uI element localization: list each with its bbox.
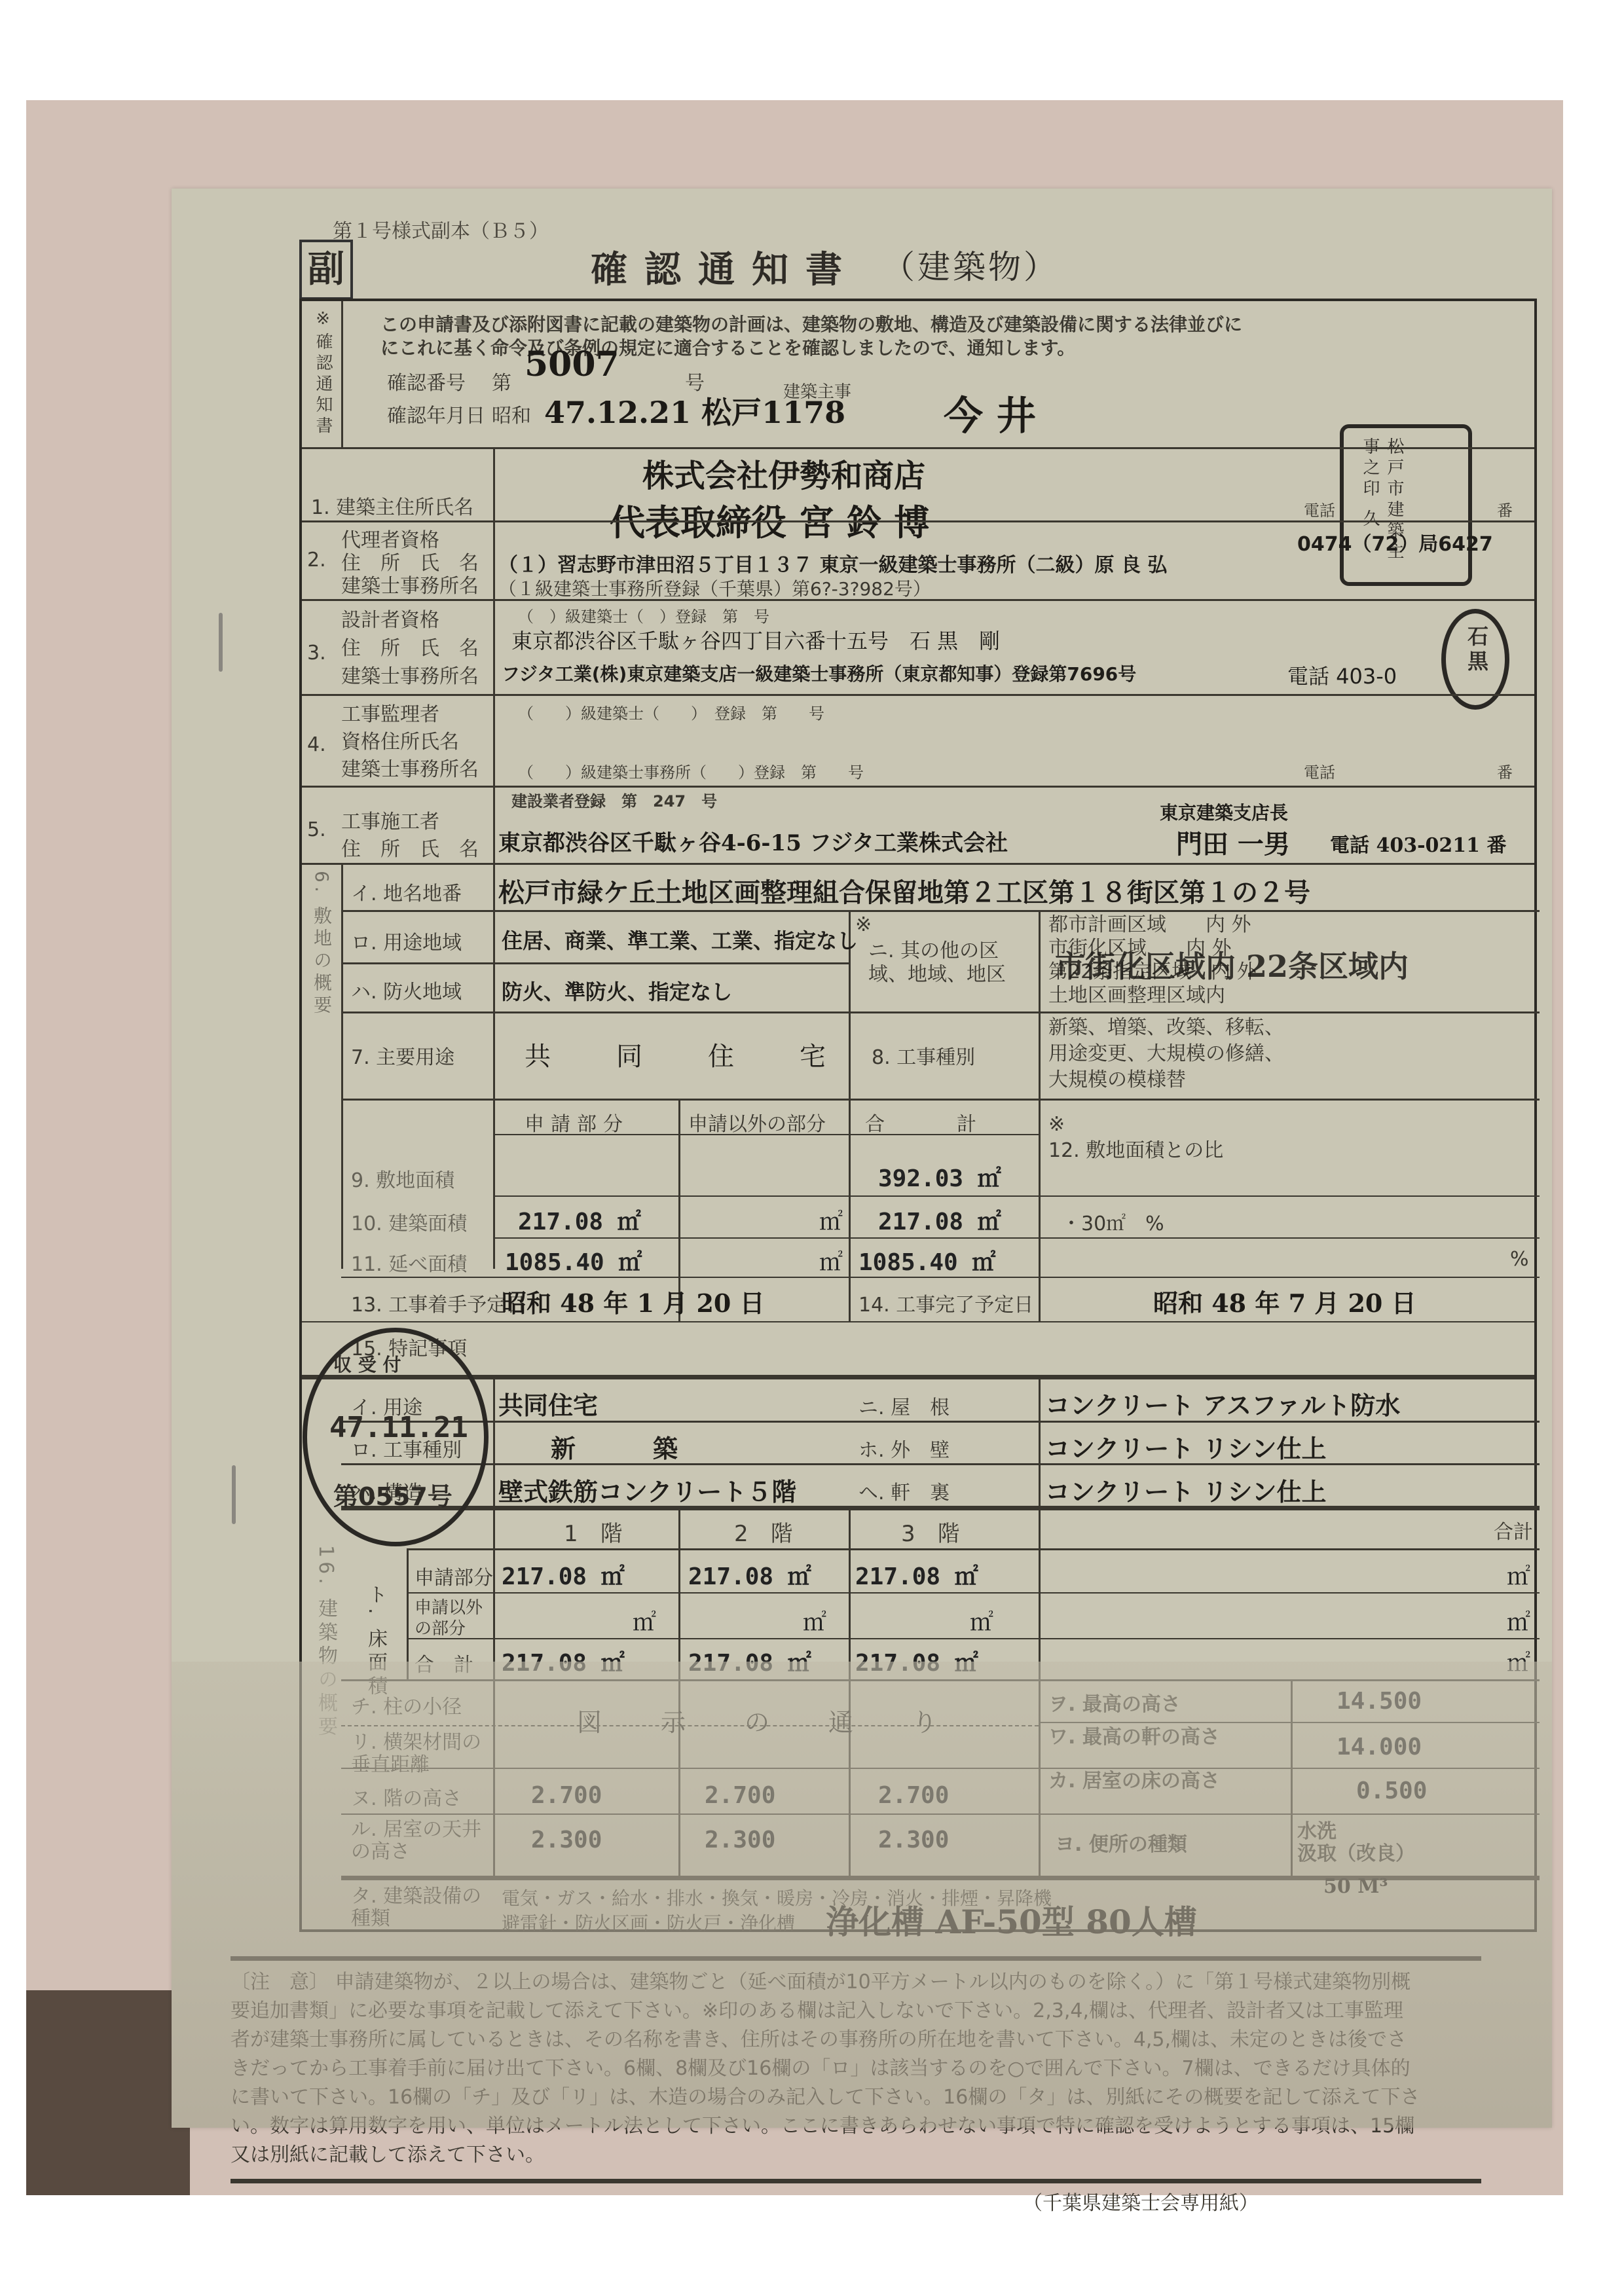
bldg-ta-printed-2: 避雷針・防火区画・防火戸・浄化槽: [502, 1909, 795, 1935]
floor-row-label: 申請部分: [415, 1561, 493, 1590]
building-area-applied: 217.08 ㎡: [518, 1203, 641, 1237]
s3-line1: （ ）級建築士（ ）登録 第 号: [518, 604, 769, 627]
floor-1-applied: 217.08 ㎡: [502, 1558, 625, 1592]
s5-registration: 建設業者登録 第 247 号: [511, 788, 717, 811]
floor-1-height: 2.700: [531, 1782, 602, 1809]
s4-line1: （ ）級建築士（ ） 登録 第 号: [518, 701, 824, 723]
s3-line2: 東京都渋谷区千駄ヶ谷四丁目六番十五号 石 黒 剛: [511, 625, 1000, 655]
floor-3-height: 2.700: [878, 1782, 949, 1809]
floor-3-ceiling: 2.300: [878, 1827, 949, 1853]
floor-area-label: ト. 床面積: [361, 1584, 390, 1699]
building-area-other: ㎡: [819, 1203, 843, 1237]
s6-side-label: 6. 敷地の概要: [308, 871, 335, 1017]
end-date-label: 14. 工事完了予定日: [858, 1288, 1033, 1317]
end-date-value: 昭和 48 年 7 月 20 日: [1153, 1283, 1416, 1319]
s8-label: 8. 工事種別: [872, 1041, 975, 1070]
bldg-wo-label: ヲ. 最高の高さ: [1048, 1688, 1181, 1717]
notice-side-label: ※確認通知書: [311, 309, 335, 437]
floor-3-header: 3 階: [901, 1516, 960, 1548]
floor-row-label: 申請以外の部分: [415, 1597, 493, 1639]
floor-row-label: 合 計: [415, 1649, 473, 1677]
floor-2-height: 2.700: [705, 1782, 775, 1809]
floor-2-other: ㎡: [803, 1604, 826, 1637]
bldg-ta-note: 50 M³: [1323, 1875, 1388, 1898]
s4-label-3: 建築士事務所名: [341, 753, 479, 782]
confirmation-number-value: 5007: [525, 344, 619, 384]
s6-ro-label: ロ. 用途地域: [351, 926, 462, 955]
s6-i-label: イ. 地名地番: [351, 877, 462, 906]
s7-value: 共 同 住 宅: [525, 1036, 845, 1073]
bldg-ta-handwritten: 浄化槽 AF-50型 80人槽: [826, 1896, 1197, 1943]
s3-phone: 電話 403-0: [1287, 660, 1397, 690]
s6-ni-label: ニ. 其の他の区域、地域、地区: [868, 939, 1025, 987]
floor-2-header: 2 階: [734, 1516, 793, 1548]
area-row-label: 10. 建築面積: [351, 1207, 467, 1236]
bldg-wa-value: 14.000: [1337, 1734, 1422, 1760]
notes-heading: 〔注 意〕: [231, 1971, 329, 1994]
form-frame: ※確認通知書 この申請書及び添附図書に記載の建築物の計画は、建築物の敷地、構造及…: [299, 299, 1537, 1932]
building-area-total: 217.08 ㎡: [878, 1203, 1001, 1237]
start-date-label: 13. 工事着手予定日: [351, 1288, 526, 1317]
s4-label-1: 工事監理者: [341, 698, 439, 727]
floor-3-other: ㎡: [970, 1604, 993, 1637]
s4-line2: （ ）級建築士事務所（ ）登録 第 号: [518, 759, 864, 782]
form-id: 第１号様式副本（Ｂ５）: [333, 215, 549, 244]
areas-header-total: 合 計: [865, 1108, 1003, 1137]
floor-3-total: 217.08 ㎡: [855, 1645, 978, 1678]
areas-ratio-label: 12. 敷地面積との比: [1048, 1134, 1223, 1163]
areas-ratio-mark: ※: [1048, 1113, 1065, 1136]
square-seal-text: 松戸市建築主事之印 久: [1358, 437, 1407, 582]
total-floor-area-ratio: %: [1510, 1248, 1529, 1271]
floor-2-ceiling: 2.300: [705, 1827, 775, 1853]
s3-line3: フジタ工業(株)東京建築支店一級建築士事務所（東京都知事）登録第7696号: [502, 660, 1136, 686]
document-title: 確認通知書: [591, 241, 859, 293]
total-floor-area-applied: 1085.40 ㎡: [505, 1244, 642, 1277]
bldg-yo-label: ヨ. 便所の種類: [1055, 1828, 1187, 1857]
s6-ro-value: 住居、商業、準工業、工業、指定なし: [502, 924, 858, 955]
bldg-i-value: 共同住宅: [498, 1385, 598, 1421]
s6-ni-stamp: 市街化区域内 22条区域内: [1055, 943, 1409, 986]
bldg-ha-value: 壁式鉄筋コンクリート５階: [498, 1472, 796, 1508]
floor-total-other: ㎡: [1507, 1604, 1530, 1637]
notes-block: 〔注 意〕 申請建築物が、２以上の場合は、建築物ごと（延べ面積が10平方メートル…: [231, 1968, 1422, 2170]
bldg-wa-label: ワ. 最高の軒の高さ: [1048, 1727, 1278, 1748]
s8-value-1: 新築、増築、改築、移転、: [1048, 1015, 1284, 1041]
bldg-ru-label: ル. 居室の天井の高さ: [351, 1819, 495, 1863]
s6-i-value: 松戸市緑ケ丘土地区画整理組合保留地第２工区第１８街区第１の２号: [498, 872, 1310, 909]
hand-shadow: [26, 1990, 190, 2195]
round-stamp-top: 収 受 付: [333, 1351, 401, 1377]
bldg-ho-label: ホ. 外 壁: [858, 1434, 950, 1463]
bldg-ro-value: 新 築: [551, 1429, 704, 1465]
bldg-he-label: ヘ. 軒 裏: [858, 1476, 950, 1505]
document-title-sub: （建築物）: [882, 241, 1059, 288]
start-date-value: 昭和 48 年 1 月 20 日: [502, 1283, 765, 1319]
round-stamp-date: 47.11.21: [329, 1411, 468, 1444]
s5-label-2: 住 所 氏 名: [341, 833, 479, 862]
bldg-ka-label: カ. 居室の床の高さ: [1048, 1771, 1278, 1792]
confirmation-date-era: 昭和: [492, 399, 531, 428]
bldg-wo-value: 14.500: [1337, 1688, 1422, 1715]
s6-ha-label: ハ. 防火地域: [351, 975, 462, 1004]
s3-label-1: 設計者資格: [341, 604, 439, 632]
s1-phone-suffix: 番: [1497, 498, 1513, 520]
s4-phone-label: 電話: [1304, 759, 1335, 782]
s3-number: 3.: [307, 642, 326, 665]
notice-text-2: にこれに基く命令及び条例の規定に適合することを確認しましたので、通知します。: [380, 334, 1075, 360]
s8-value-3: 大規模の模様替: [1048, 1067, 1186, 1093]
floor-1-total: 217.08 ㎡: [502, 1645, 625, 1678]
floor-1-other: ㎡: [633, 1604, 656, 1637]
floor-total-header: 合計: [1494, 1516, 1533, 1544]
notice-text-1: この申請書及び添附図書に記載の建築物の計画は、建築物の敷地、構造及び建築設備に関…: [380, 310, 1242, 337]
s3-label-2: 住 所 氏 名: [341, 632, 479, 661]
footer-note: （千葉県建築士会専用紙）: [1023, 2187, 1259, 2215]
staple: [219, 613, 223, 672]
areas-header-other: 申請以外の部分: [688, 1108, 826, 1137]
site-area-total: 392.03 ㎡: [878, 1160, 1001, 1194]
building-area-ratio: ・30㎡ %: [1061, 1207, 1164, 1236]
s2-phone: 0474（72）局6427: [1297, 528, 1493, 556]
confirmation-number-prefix: 第: [492, 367, 511, 395]
total-floor-area-total: 1085.40 ㎡: [858, 1244, 995, 1277]
s7-label: 7. 主要用途: [351, 1041, 454, 1070]
s4-phone-suffix: 番: [1497, 759, 1513, 782]
confirmation-number-label: 確認番号: [387, 367, 466, 395]
confirmation-date-label: 確認年月日: [387, 399, 485, 428]
bldg-ho-value: コンクリート リシン仕上: [1045, 1429, 1327, 1465]
s4-label-2: 資格住所氏名: [341, 725, 459, 754]
s3-label-3: 建築士事務所名: [341, 660, 479, 689]
areas-header-applied: 申請部分: [525, 1108, 629, 1137]
bldg-ka-value: 0.500: [1356, 1777, 1427, 1804]
building-side-label: 16. 建築物の概要: [311, 1545, 340, 1740]
bldg-chi-ri-value: 図 示 の 通 り: [577, 1702, 954, 1738]
s5-address: 東京都渋谷区千駄ヶ谷4-6-15 フジタ工業株式会社: [498, 825, 1008, 857]
bldg-he-value: コンクリート リシン仕上: [1045, 1472, 1327, 1508]
s2-line1: （１）習志野市津田沼５丁目１３７ 東京一級建築士事務所（二級）原 良 弘: [498, 549, 1167, 577]
s6-ni-line-4: 土地区画整理区域内: [1048, 984, 1225, 1008]
s5-label-1: 工事施工者: [341, 805, 439, 834]
receipt-round-stamp: 収 受 付 47.11.21 第0557号: [303, 1328, 489, 1546]
bldg-ni-value: コンクリート アスファルト防水: [1045, 1385, 1400, 1421]
area-row-label: 11. 延べ面積: [351, 1248, 467, 1277]
s6-ni-line-1: 都市計画区域 内 外: [1048, 913, 1251, 937]
s1-phone-label: 電話: [1304, 498, 1335, 520]
bldg-ta-label: タ. 建築設備の種類: [351, 1886, 489, 1930]
s2-line2: （１級建築士事務所登録（千葉県）第6?-3?982号）: [498, 575, 931, 601]
notes-text: 申請建築物が、２以上の場合は、建築物ごと（延べ面積が10平方メートル以内のものを…: [231, 1971, 1420, 2166]
bldg-nu-label: ヌ. 階の高さ: [351, 1782, 462, 1811]
floor-3-applied: 217.08 ㎡: [855, 1558, 978, 1592]
s6-ni-mark: ※: [855, 913, 872, 936]
s5-title: 東京建築支店長: [1160, 799, 1288, 825]
bldg-yo-value-2: 汲取（改良）: [1297, 1837, 1415, 1866]
official-title: 建築主事: [783, 378, 851, 403]
floor-2-total: 217.08 ㎡: [688, 1645, 811, 1678]
staple: [232, 1465, 236, 1524]
official-name: 今 井: [944, 385, 1036, 441]
floor-1-header: 1 階: [564, 1516, 623, 1548]
floor-1-ceiling: 2.300: [531, 1827, 602, 1853]
s8-value-2: 用途変更、大規模の修繕、: [1048, 1041, 1284, 1067]
s4-number: 4.: [307, 733, 326, 756]
round-stamp-number: 第0557号: [333, 1476, 452, 1512]
s1-label: 1. 建築主住所氏名: [311, 491, 473, 520]
s6-ha-value: 防火、準防火、指定なし: [502, 975, 732, 1006]
s2-label-3: 建築士事務所名: [341, 570, 479, 598]
s5-name: 門田 一男: [1176, 824, 1290, 861]
s5-number: 5.: [307, 818, 326, 841]
s5-phone: 電話 403-0211 番: [1330, 829, 1506, 858]
floor-2-applied: 217.08 ㎡: [688, 1558, 811, 1592]
floor-total-total: ㎡: [1507, 1645, 1530, 1678]
s2-number: 2.: [307, 549, 326, 572]
total-floor-area-other: ㎡: [819, 1244, 843, 1277]
area-row-label: 9. 敷地面積: [351, 1164, 454, 1193]
copy-mark: 副: [299, 240, 353, 300]
floor-total-applied: ㎡: [1507, 1558, 1530, 1592]
bldg-ri-label: リ. 横架材間の垂直距離: [351, 1732, 489, 1776]
document-sheet: 第１号様式副本（Ｂ５） 副 確認通知書 （建築物） ※確認通知書 この申請書及び…: [172, 189, 1552, 2128]
s1-company: 株式会社伊勢和商店: [642, 450, 925, 496]
bldg-chi-label: チ. 柱の小径: [351, 1690, 462, 1719]
bldg-ni-label: ニ. 屋 根: [858, 1391, 950, 1420]
